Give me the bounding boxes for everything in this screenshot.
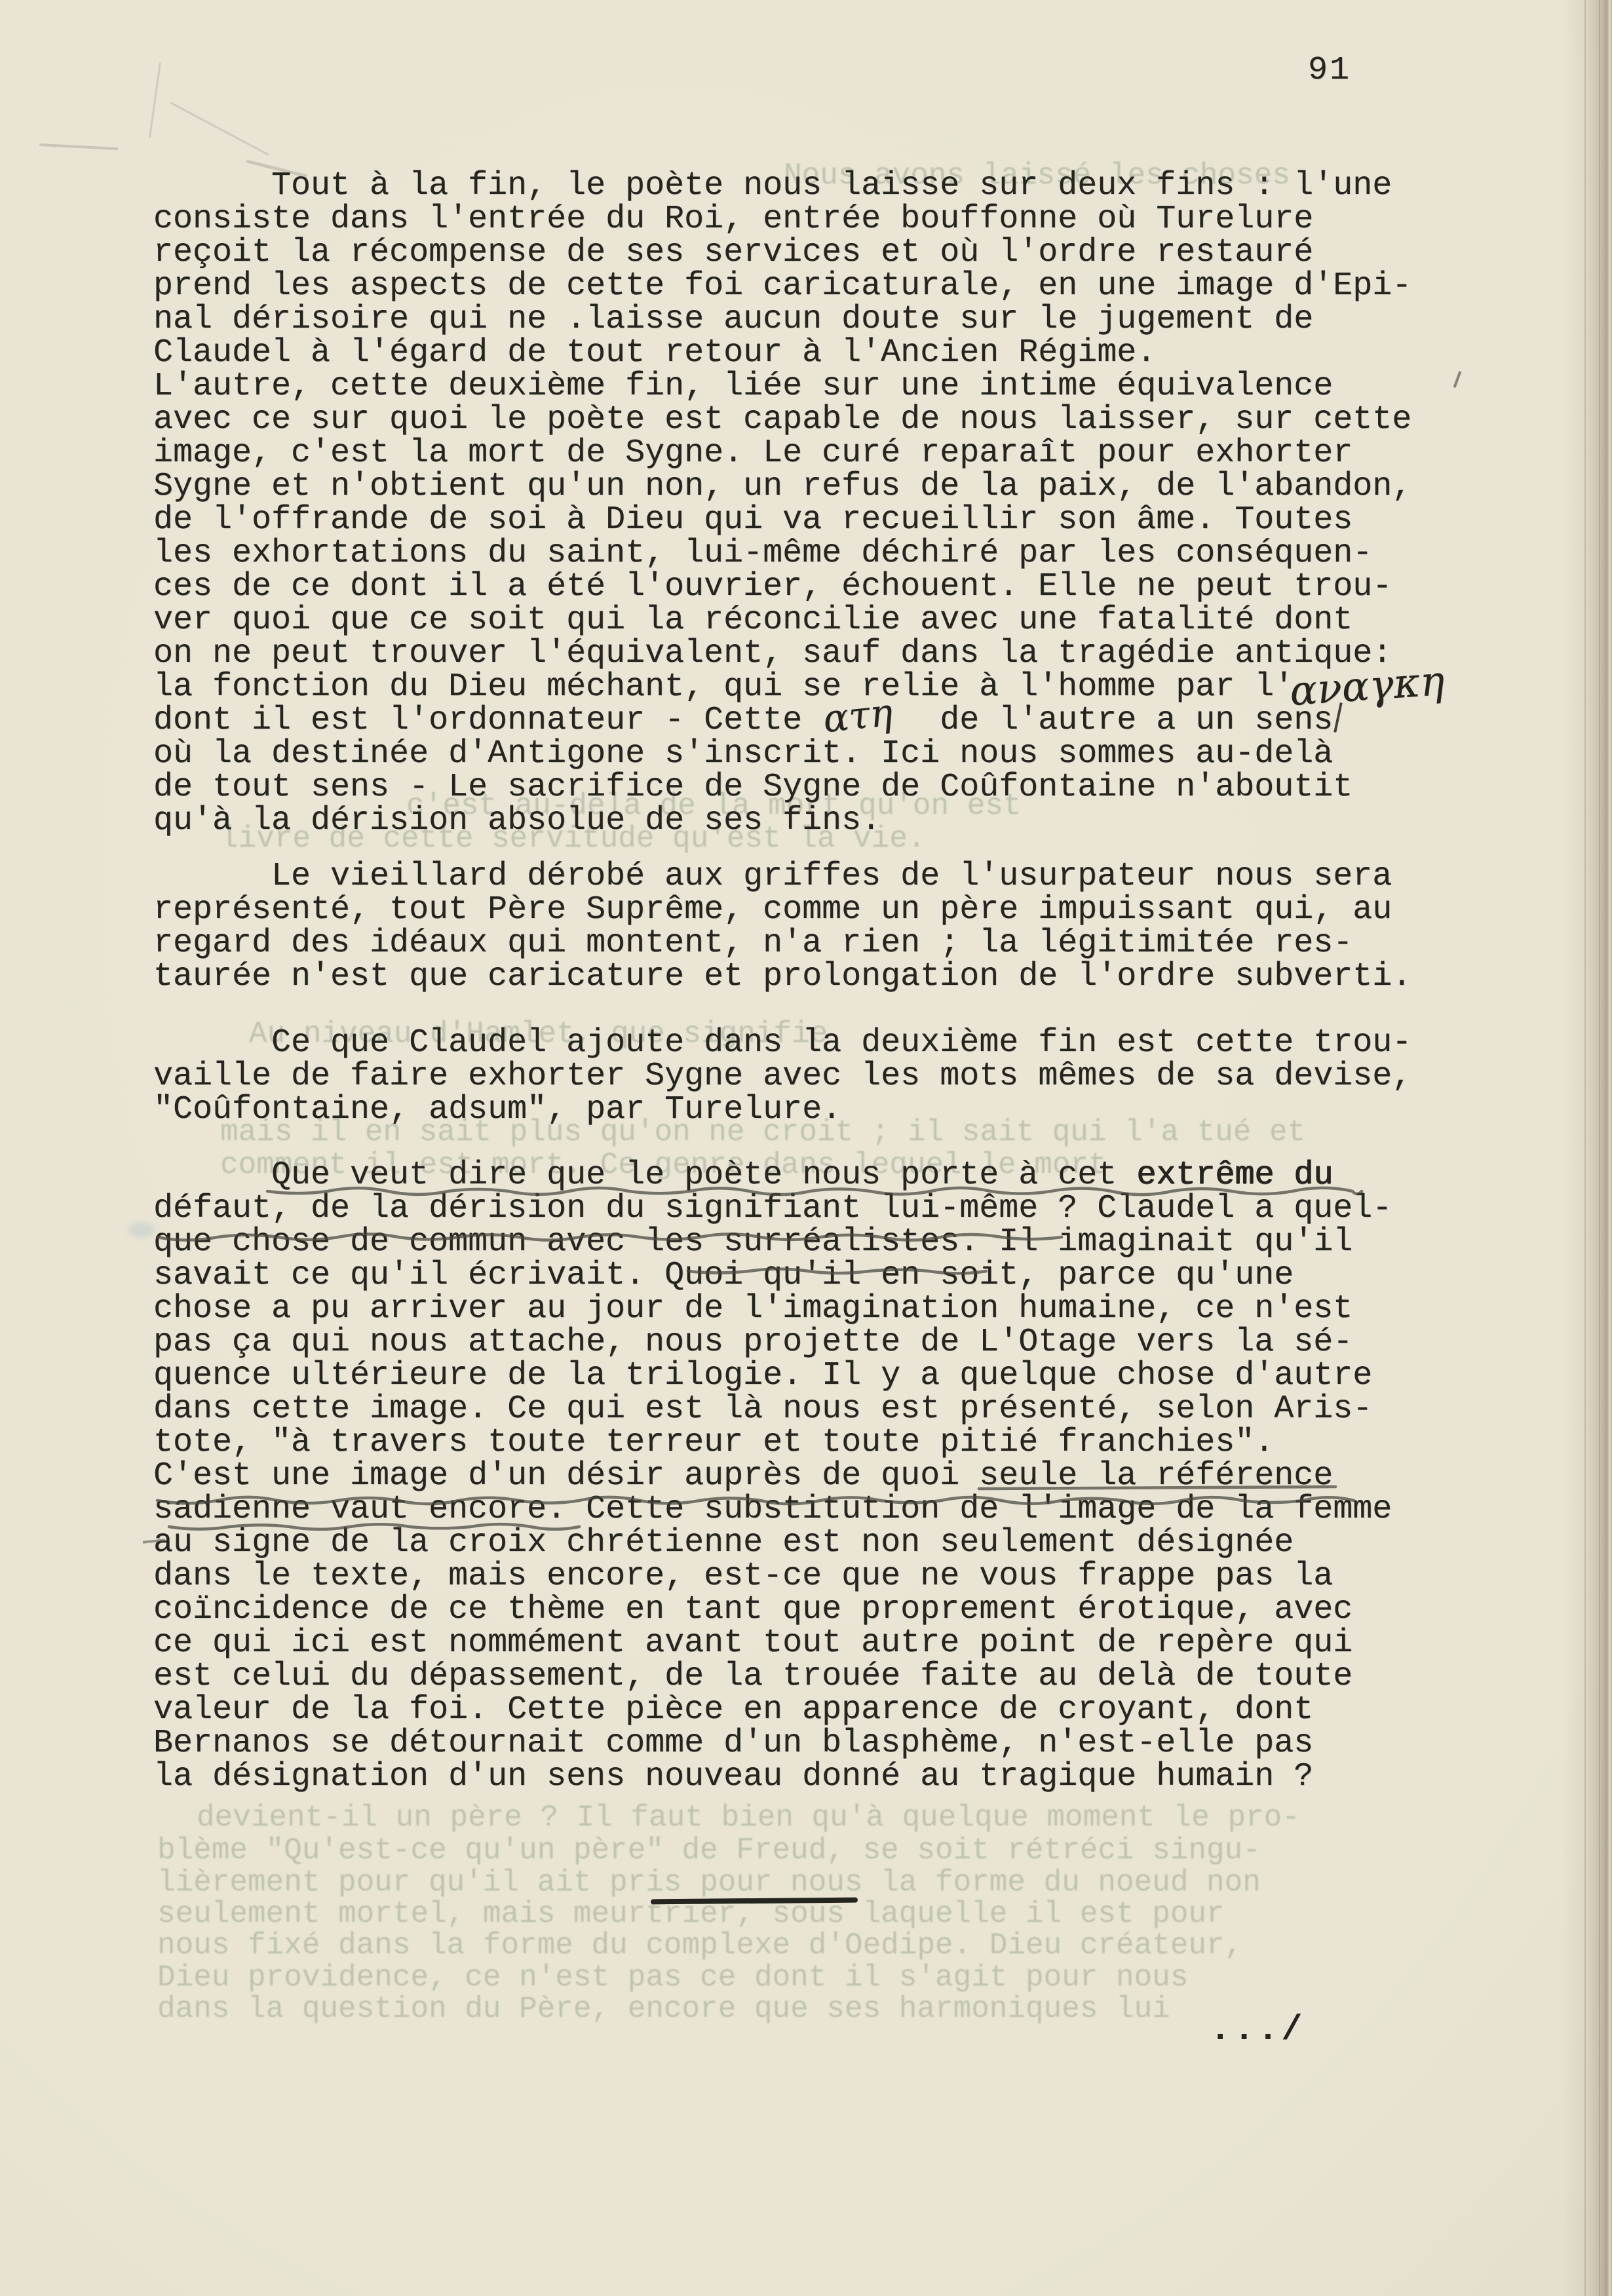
text-line: ce qui ici est nommément avant tout autr… <box>153 1626 1392 1660</box>
text-line: avec ce sur quoi le poète est capable de… <box>153 403 1411 436</box>
text-line: où la destinée d'Antigone s'inscrit. Ici… <box>153 737 1411 771</box>
text-line: tote, "à travers toute terreur et toute … <box>153 1426 1392 1459</box>
text-line: de tout sens - Le sacrifice de Sygne de … <box>153 771 1411 804</box>
text-line: on ne peut trouver l'équivalent, sauf da… <box>153 637 1411 670</box>
scanned-typescript-page: 91 .../ Nous avons laissé les chosesc'es… <box>0 0 1612 2296</box>
text-line: pas ça qui nous attache, nous projette d… <box>153 1326 1392 1359</box>
text-line: chose a pu arriver au jour de l'imaginat… <box>153 1292 1392 1326</box>
text-line: vaille de faire exhorter Sygne avec les … <box>153 1060 1411 1093</box>
text-line: coïncidence de ce thème en tant que prop… <box>153 1593 1392 1626</box>
text-line: dans le texte, mais encore, est-ce que n… <box>153 1559 1392 1593</box>
pencil-underline <box>152 1486 1359 1515</box>
text-line: "Coûfontaine, adsum", par Turelure. <box>153 1093 1411 1126</box>
paper-right-edge <box>1562 0 1612 2296</box>
pencil-mark <box>149 62 161 137</box>
text-line: nal dérisoire qui ne .laisse aucun doute… <box>153 303 1411 336</box>
paper-edge-line <box>1599 0 1600 2296</box>
text-line: ver quoi que ce soit qui la réconcilie a… <box>153 603 1411 637</box>
text-line: Claudel à l'égard de tout retour à l'Anc… <box>153 336 1411 370</box>
text-line: taurée n'est que caricature et prolongat… <box>153 960 1411 993</box>
text-line: consiste dans l'entrée du Roi, entrée bo… <box>153 202 1411 236</box>
ghost-text-line: dans la question du Père, encore que ses… <box>157 1993 1170 2025</box>
pencil-mark <box>128 1222 155 1238</box>
text-line: valeur de la foi. Cette pièce en apparen… <box>153 1693 1392 1727</box>
ghost-text-line: nous fixé dans la forme du complexe d'Oe… <box>157 1930 1242 1961</box>
handwritten-greek: αναγκη <box>1288 657 1446 715</box>
text-line: reçoit la récompense de ses services et … <box>153 236 1411 269</box>
text-line: prend les aspects de cette foi caricatur… <box>153 269 1411 303</box>
text-line: de l'offrande de soi à Dieu qui va recue… <box>153 503 1411 537</box>
handwritten-greek: ατη <box>821 690 895 742</box>
text-line: L'autre, cette deuxième fin, liée sur un… <box>153 370 1411 403</box>
typewritten-paragraph: Tout à la fin, le poète nous laisse sur … <box>153 169 1411 837</box>
text-line: la désignation d'un sens nouveau donné a… <box>153 1760 1392 1793</box>
text-line: image, c'est la mort de Sygne. Le curé r… <box>153 436 1411 470</box>
text-line: est celui du dépassement, de la trouée f… <box>153 1660 1392 1693</box>
text-line: dans cette image. Ce qui est là nous est… <box>153 1392 1392 1426</box>
pencil-mark <box>1453 371 1462 388</box>
text-line: ces de ce dont il a été l'ouvrier, échou… <box>153 570 1411 603</box>
pencil-mark <box>39 143 118 150</box>
typewritten-paragraph: Ce que Claudel ajoute dans la deuxième f… <box>153 1026 1411 1126</box>
continuation-mark: .../ <box>1210 2013 1305 2048</box>
text-line: Bernanos se détournait comme d'un blasph… <box>153 1727 1392 1760</box>
text-line: quence ultérieure de la trilogie. Il y a… <box>153 1359 1392 1392</box>
ghost-text-line: lièrement pour qu'il ait pris pour nous … <box>157 1867 1261 1898</box>
text-line: représenté, tout Père Suprême, comme un … <box>153 893 1411 927</box>
text-line: les exhortations du saint, lui-même déch… <box>153 537 1411 570</box>
pencil-mark <box>170 102 269 155</box>
typewritten-paragraph: Le vieillard dérobé aux griffes de l'usu… <box>153 860 1411 993</box>
text-line: la fonction du Dieu méchant, qui se reli… <box>153 670 1411 704</box>
pencil-underline <box>164 1512 585 1541</box>
text-line: Le vieillard dérobé aux griffes de l'usu… <box>153 860 1411 893</box>
ghost-text-line: devient-il un père ? Il faut bien qu'à q… <box>197 1802 1300 1833</box>
text-line: Sygne et n'obtient qu'un non, un refus d… <box>153 470 1411 503</box>
text-line: Tout à la fin, le poète nous laisse sur … <box>153 169 1411 202</box>
pencil-underline <box>152 1223 1067 1252</box>
text-line: dont il est l'ordonnateur - Cette de l'a… <box>153 704 1411 737</box>
pencil-underline <box>262 1177 1367 1206</box>
ghost-text-line: blème "Qu'est-ce qu'un père" de Freud, s… <box>157 1835 1261 1866</box>
text-line: regard des idéaux qui montent, n'a rien … <box>153 927 1411 960</box>
paper-edge-line <box>1584 0 1586 2296</box>
text-line: qu'à la dérision absolue de ses fins. <box>153 804 1411 837</box>
page-number: 91 <box>1308 54 1351 88</box>
pencil-underline <box>683 1257 991 1286</box>
ghost-text-line: Dieu providence, ce n'est pas ce dont il… <box>157 1962 1188 1993</box>
text-line: Ce que Claudel ajoute dans la deuxième f… <box>153 1026 1411 1060</box>
